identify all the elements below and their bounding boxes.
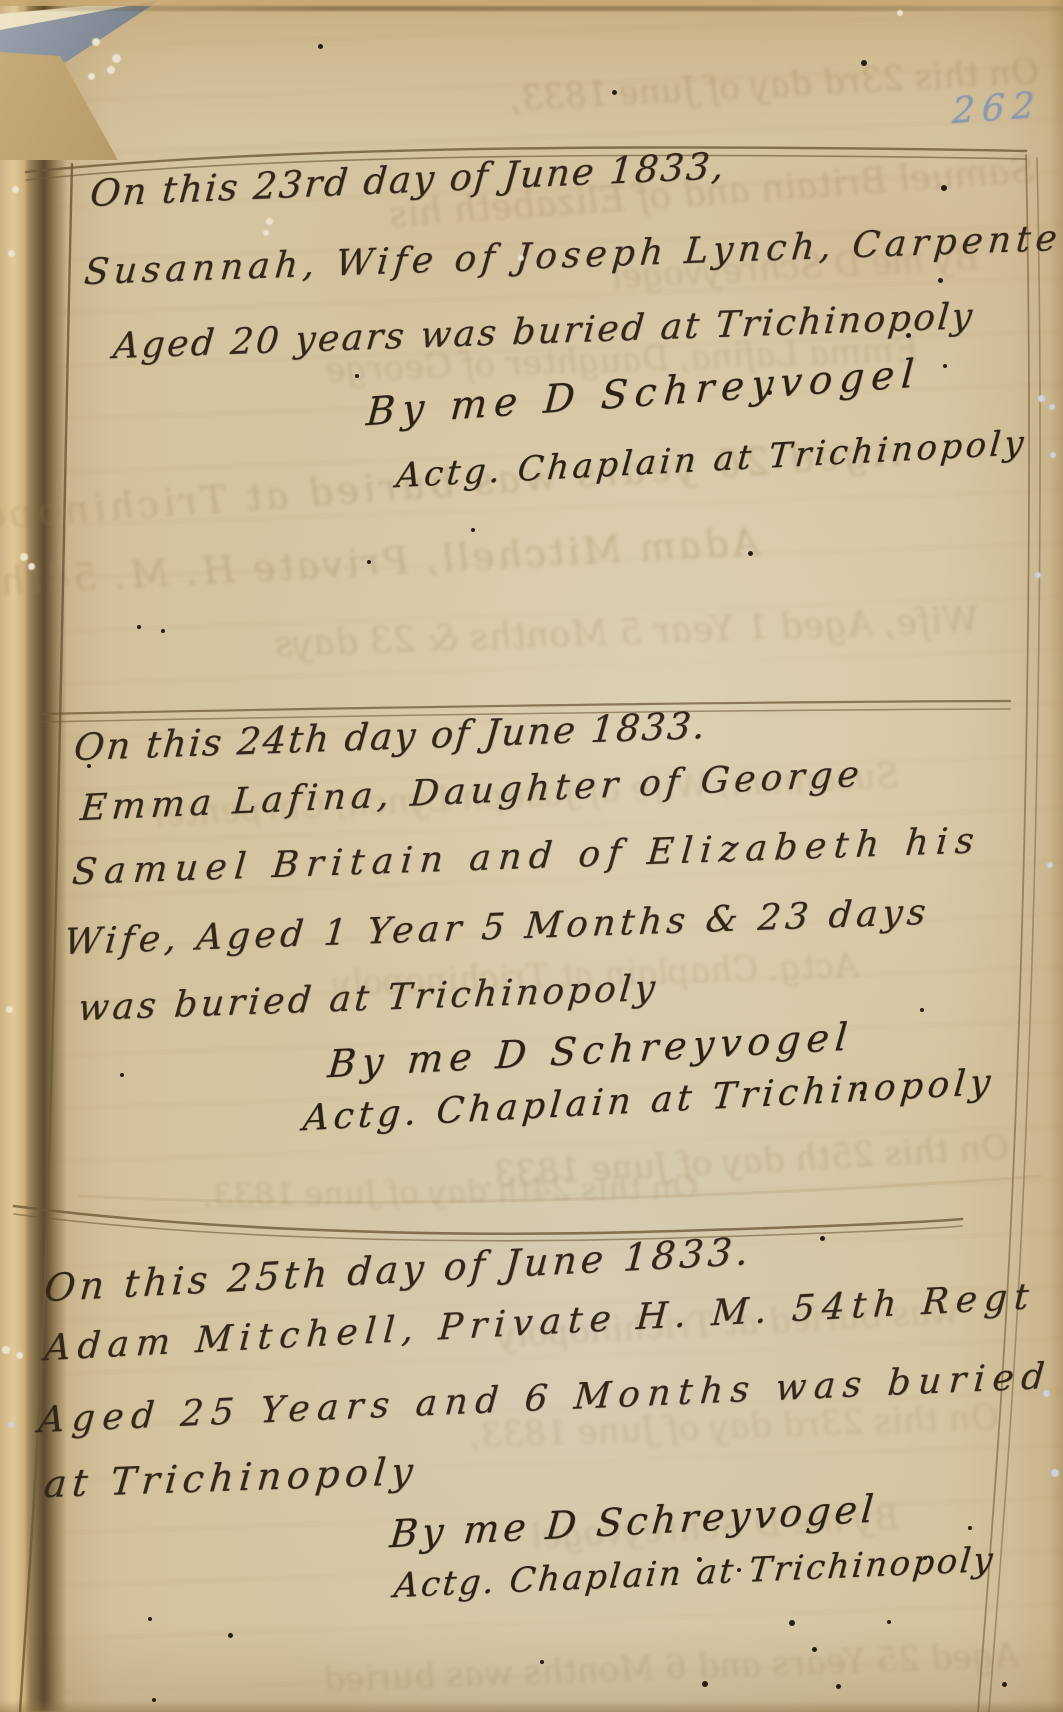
page-number: 262 xyxy=(951,85,1042,132)
burial-register-page-scan: On this 23rd day of June 1833, Samuel Br… xyxy=(0,0,1063,1712)
